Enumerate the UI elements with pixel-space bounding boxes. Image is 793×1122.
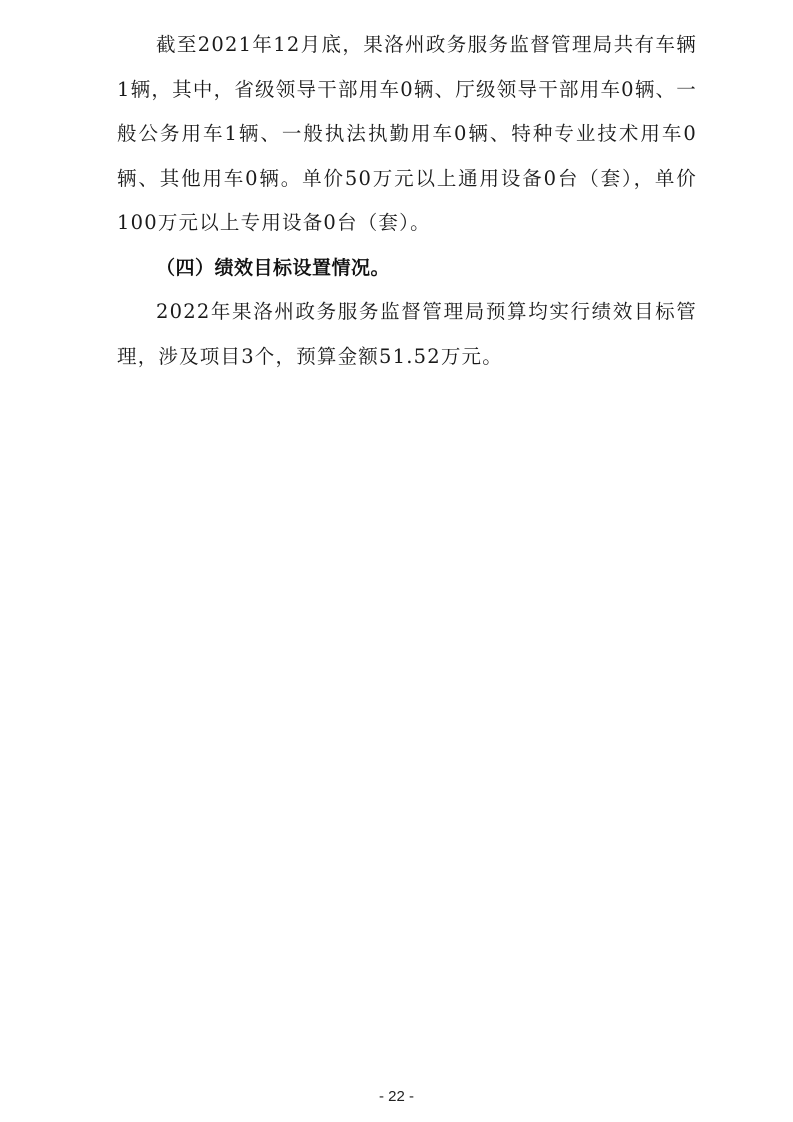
page-content: 截至2021年12月底，果洛州政务服务监督管理局共有车辆1辆，其中，省级领导干部… xyxy=(117,23,697,379)
paragraph-performance-goals: 2022年果洛州政务服务监督管理局预算均实行绩效目标管理，涉及项目3个，预算金额… xyxy=(117,290,697,379)
paragraph-vehicles-equipment: 截至2021年12月底，果洛州政务服务监督管理局共有车辆1辆，其中，省级领导干部… xyxy=(117,23,697,246)
document-page: 截至2021年12月底，果洛州政务服务监督管理局共有车辆1辆，其中，省级领导干部… xyxy=(0,0,793,1122)
page-number: - 22 - xyxy=(0,1088,793,1105)
section-heading-performance-goals: （四）绩效目标设置情况。 xyxy=(117,246,697,291)
